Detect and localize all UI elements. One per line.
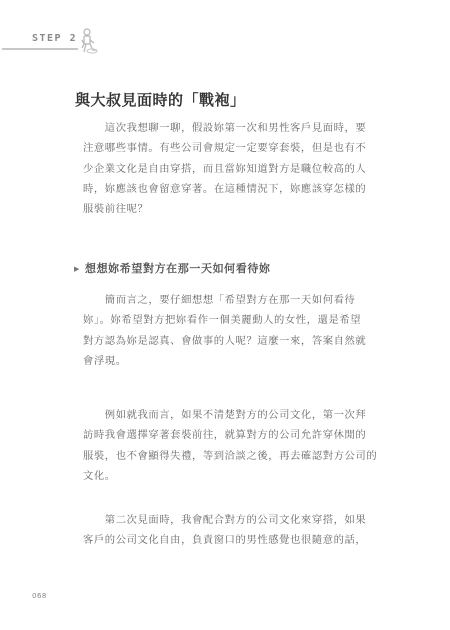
text-line: 第二次見面時，我會配合對方的公司文化來穿搭，如果 [83, 510, 379, 530]
text-line: 服裝前往呢？ [83, 199, 379, 219]
step-label: STEP 2 [32, 33, 77, 44]
text-line: 服裝，也不會顯得失禮，等到洽談之後，再去確認對方公司的 [83, 446, 379, 466]
text-line: 會浮現。 [83, 351, 379, 371]
body-paragraph: 簡而言之，要仔細想想「希望對方在那一天如何看待 妳」。妳希望對方把妳看作一個美麗… [83, 290, 379, 371]
page-number: 068 [32, 592, 47, 600]
subheading-text: 想想妳希望對方在那一天如何看待妳 [85, 262, 271, 275]
text-line: 注意哪些事情。有些公司會規定一定要穿套裝，但是也有不 [83, 138, 379, 158]
text-line: 少企業文化是自由穿搭，而且當妳知道對方是職位較高的人 [83, 159, 379, 179]
text-line: 這次我想聊一聊，假設妳第一次和男性客戶見面時，要 [83, 118, 379, 138]
text-line: 簡而言之，要仔細想想「希望對方在那一天如何看待 [83, 290, 379, 310]
chapter-header: STEP 2 [0, 28, 110, 54]
text-line: 客戶的公司文化自由，負責窗口的男性感覺也很隨意的話， [83, 530, 379, 550]
text-line: 時，妳應該也會留意穿著。在這種情況下，妳應該穿怎樣的 [83, 179, 379, 199]
text-line: 訪時我會選擇穿著套裝前往，就算對方的公司允許穿休閒的 [83, 425, 379, 445]
header-rule [2, 48, 78, 50]
subheading: ▶想想妳希望對方在那一天如何看待妳 [74, 260, 271, 276]
body-paragraph: 第二次見面時，我會配合對方的公司文化來穿搭，如果 客戶的公司文化自由，負責窗口的… [83, 510, 379, 551]
intro-paragraph: 這次我想聊一聊，假設妳第一次和男性客戶見面時，要 注意哪些事情。有些公司會規定一… [83, 118, 379, 219]
section-title: 與大叔見面時的「戰袍」 [75, 89, 246, 110]
triangle-bullet-icon: ▶ [74, 265, 80, 273]
person-sitting-icon [78, 28, 100, 54]
text-line: 文化。 [83, 466, 379, 486]
text-line: 例如就我而言，如果不清楚對方的公司文化，第一次拜 [83, 405, 379, 425]
body-paragraph: 例如就我而言，如果不清楚對方的公司文化，第一次拜 訪時我會選擇穿著套裝前往，就算… [83, 405, 379, 486]
text-line: 對方認為妳是認真、會做事的人呢？這麼一來，答案自然就 [83, 331, 379, 351]
text-line: 妳」。妳希望對方把妳看作一個美麗動人的女性，還是希望 [83, 310, 379, 330]
